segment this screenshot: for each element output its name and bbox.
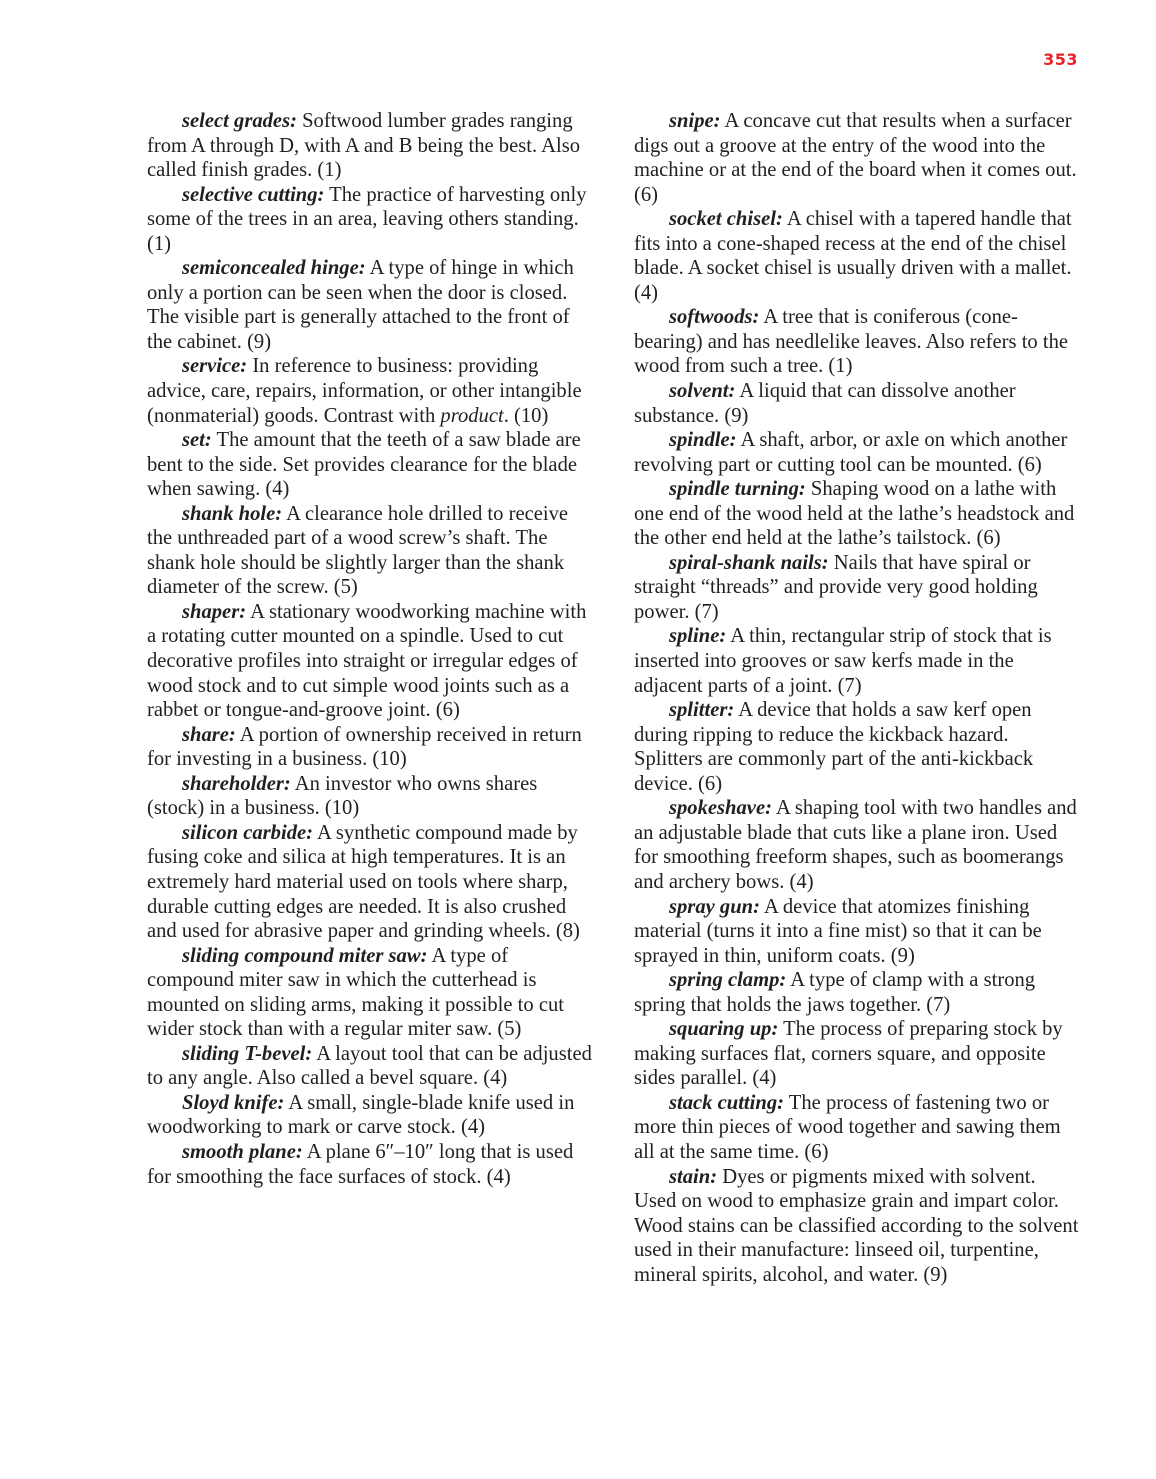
glossary-entry-spokeshave: spokeshave: A shaping tool with two hand… [634,796,1082,894]
glossary-entry-spring-clamp: spring clamp: A type of clamp with a str… [634,968,1082,1017]
glossary-entry-service: service: In reference to business: provi… [147,354,595,428]
glossary-term: shaper: [182,601,246,623]
glossary-term: Sloyd knife: [182,1092,284,1114]
glossary-entry-shank-hole: shank hole: A clearance hole drilled to … [147,502,595,600]
glossary-column-left: select grades: Softwood lumber grades ra… [147,109,595,1189]
chapter-reference: . (10) [504,405,549,427]
glossary-entry-share: share: A portion of ownership received i… [147,723,595,772]
glossary-entry-silicon-carbide: silicon carbide: A synthetic compound ma… [147,821,595,944]
glossary-definition: The amount that the teeth of a saw blade… [147,429,581,500]
glossary-term: snipe: [669,110,720,132]
page-number: 353 [1030,50,1078,69]
glossary-term: semiconcealed hinge: [182,257,366,279]
glossary-term: stain: [669,1166,717,1188]
glossary-entry-select-grades: select grades: Softwood lumber grades ra… [147,109,595,183]
glossary-entry-sliding-t-bevel: sliding T-bevel: A layout tool that can … [147,1042,595,1091]
glossary-term: shareholder: [182,773,291,795]
glossary-entry-spray-gun: spray gun: A device that atomizes finish… [634,895,1082,969]
glossary-term: softwoods: [669,306,759,328]
cross-reference: product [440,405,503,427]
glossary-entry-sliding-compound-miter-saw: sliding compound miter saw: A type of co… [147,944,595,1042]
glossary-term: sliding T-bevel: [182,1043,312,1065]
glossary-entry-sloyd-knife: Sloyd knife: A small, single-blade knife… [147,1091,595,1140]
glossary-entry-snipe: snipe: A concave cut that results when a… [634,109,1082,207]
glossary-entry-stain: stain: Dyes or pigments mixed with solve… [634,1165,1082,1288]
glossary-entry-selective-cutting: selective cutting: The practice of harve… [147,183,595,257]
glossary-term: spray gun: [669,896,760,918]
glossary-term: shank hole: [182,503,282,525]
glossary-entry-spindle: spindle: A shaft, arbor, or axle on whic… [634,428,1082,477]
glossary-term: socket chisel: [669,208,783,230]
glossary-entry-set: set: The amount that the teeth of a saw … [147,428,595,502]
glossary-term: spindle turning: [669,478,806,500]
glossary-term: select grades: [182,110,297,132]
glossary-term: selective cutting: [182,184,324,206]
glossary-term: spiral-shank nails: [669,552,829,574]
glossary-term: sliding compound miter saw: [182,945,427,967]
glossary-entry-semiconcealed-hinge: semiconcealed hinge: A type of hinge in … [147,256,595,354]
glossary-entry-stack-cutting: stack cutting: The process of fastening … [634,1091,1082,1165]
glossary-term: solvent: [669,380,735,402]
glossary-term: share: [182,724,236,746]
glossary-entry-softwoods: softwoods: A tree that is coniferous (co… [634,305,1082,379]
glossary-term: spring clamp: [669,969,786,991]
glossary-term: splitter: [669,699,734,721]
glossary-entry-socket-chisel: socket chisel: A chisel with a tapered h… [634,207,1082,305]
glossary-term: spokeshave: [669,797,772,819]
glossary-term: spline: [669,625,726,647]
glossary-entry-solvent: solvent: A liquid that can dissolve anot… [634,379,1082,428]
glossary-term: silicon carbide: [182,822,313,844]
glossary-entry-spindle-turning: spindle turning: Shaping wood on a lathe… [634,477,1082,551]
glossary-term: spindle: [669,429,737,451]
glossary-term: smooth plane: [182,1141,303,1163]
glossary-entry-spiral-shank-nails: spiral-shank nails: Nails that have spir… [634,551,1082,625]
glossary-term: set: [182,429,212,451]
glossary-entry-squaring-up: squaring up: The process of preparing st… [634,1017,1082,1091]
glossary-column-right: snipe: A concave cut that results when a… [634,109,1082,1287]
glossary-entry-shaper: shaper: A stationary woodworking machine… [147,600,595,723]
glossary-entry-smooth-plane: smooth plane: A plane 6″–10″ long that i… [147,1140,595,1189]
glossary-term: squaring up: [669,1018,778,1040]
glossary-entry-shareholder: shareholder: An investor who owns shares… [147,772,595,821]
glossary-term: service: [182,355,247,377]
glossary-entry-splitter: splitter: A device that holds a saw kerf… [634,698,1082,796]
glossary-term: stack cutting: [669,1092,784,1114]
glossary-entry-spline: spline: A thin, rectangular strip of sto… [634,624,1082,698]
